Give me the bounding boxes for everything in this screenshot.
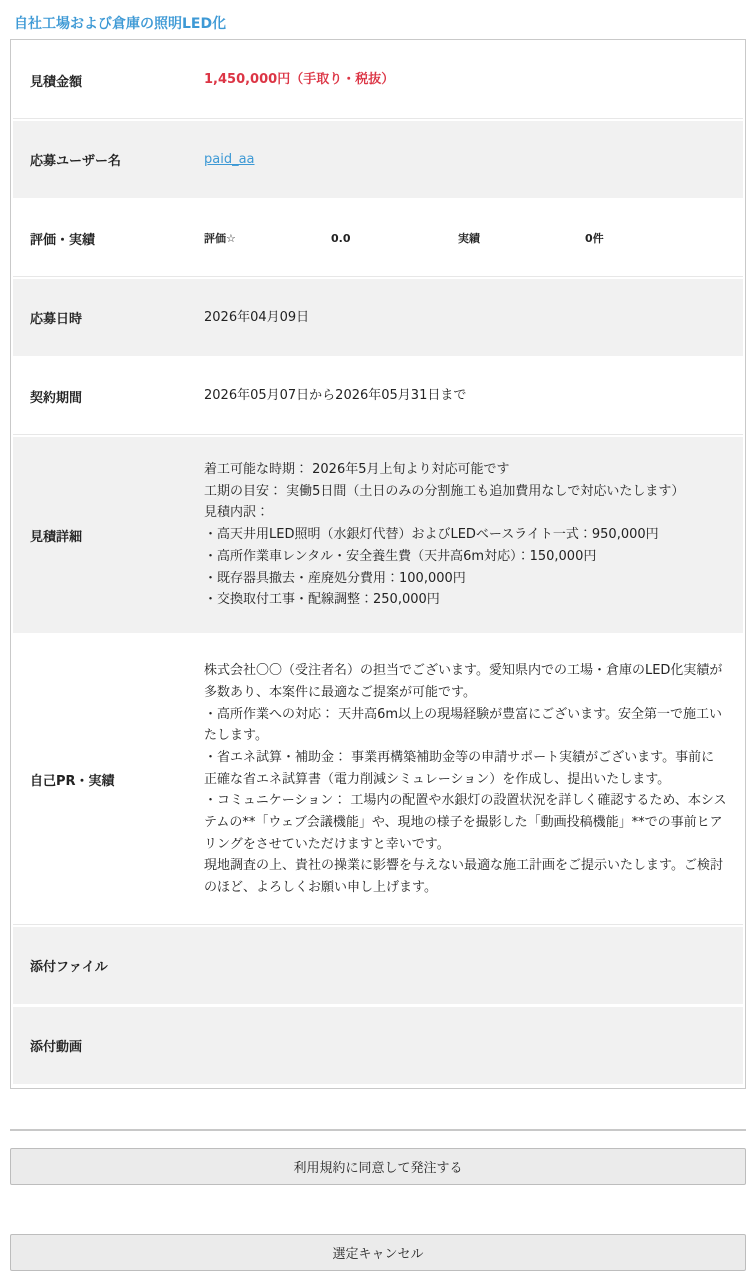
- applicant-label: 応募ユーザー名: [13, 150, 204, 169]
- table-row-attached-files: 添付ファイル: [13, 927, 743, 1004]
- table-row-quote-detail: 見積詳細 着工可能な時期： 2026年5月上旬より対応可能です 工期の目安： 実…: [13, 437, 743, 633]
- table-row-applied-date: 応募日時 2026年04月09日: [13, 279, 743, 356]
- rating-label: 評価☆: [204, 230, 331, 246]
- attached-files-label: 添付ファイル: [13, 956, 204, 975]
- contract-period-value: 2026年05月07日から2026年05月31日まで: [204, 385, 743, 407]
- quote-amount-value: 1,450,000円（手取り・税抜）: [204, 69, 743, 91]
- order-agree-terms-button[interactable]: 利用規約に同意して発注する: [10, 1148, 746, 1185]
- table-row-rating: 評価・実績 評価☆ 0.0 実績 0件: [13, 200, 743, 277]
- applied-date-label: 応募日時: [13, 308, 204, 327]
- results-label: 実績: [458, 230, 585, 246]
- results-value: 0件: [585, 230, 712, 246]
- section-divider: [10, 1129, 746, 1131]
- quote-detail-value: 着工可能な時期： 2026年5月上旬より対応可能です 工期の目安： 実働5日間（…: [204, 439, 743, 631]
- selection-cancel-button[interactable]: 選定キャンセル: [10, 1234, 746, 1271]
- table-row-quote-amount: 見積金額 1,450,000円（手取り・税抜）: [13, 42, 743, 119]
- quote-detail-panel: 見積金額 1,450,000円（手取り・税抜） 応募ユーザー名 paid_aa …: [10, 39, 746, 1089]
- applied-date-value: 2026年04月09日: [204, 307, 743, 329]
- table-row-contract-period: 契約期間 2026年05月07日から2026年05月31日まで: [13, 358, 743, 435]
- page-title: 自社工場および倉庫の照明LED化: [14, 13, 746, 33]
- quote-detail-label: 見積詳細: [13, 526, 204, 545]
- contract-period-label: 契約期間: [13, 387, 204, 406]
- quote-amount-label: 見積金額: [13, 71, 204, 90]
- self-pr-value: 株式会社〇〇（受注者名）の担当でございます。愛知県内での工場・倉庫のLED化実績…: [204, 640, 743, 919]
- self-pr-label: 自己PR・実績: [13, 770, 204, 789]
- table-row-self-pr: 自己PR・実績 株式会社〇〇（受注者名）の担当でございます。愛知県内での工場・倉…: [13, 635, 743, 925]
- rating-value: 0.0: [331, 232, 458, 245]
- table-row-attached-videos: 添付動画: [13, 1007, 743, 1084]
- rating-row-label: 評価・実績: [13, 229, 204, 248]
- table-row-applicant: 応募ユーザー名 paid_aa: [13, 121, 743, 198]
- applicant-user-link[interactable]: paid_aa: [204, 152, 255, 167]
- attached-videos-label: 添付動画: [13, 1036, 204, 1055]
